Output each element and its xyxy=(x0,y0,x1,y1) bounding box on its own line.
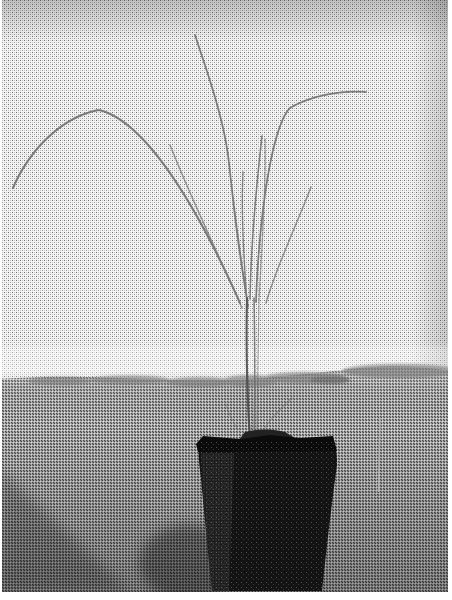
pot-speckle-texture xyxy=(199,441,337,591)
sky-background xyxy=(0,0,452,392)
top-edge-shading xyxy=(0,0,452,42)
halftone-photo xyxy=(0,0,452,600)
stem-bundle xyxy=(254,298,255,438)
plant-pot xyxy=(196,430,337,592)
right-edge-shading xyxy=(412,0,448,380)
photo-canvas xyxy=(0,0,452,600)
